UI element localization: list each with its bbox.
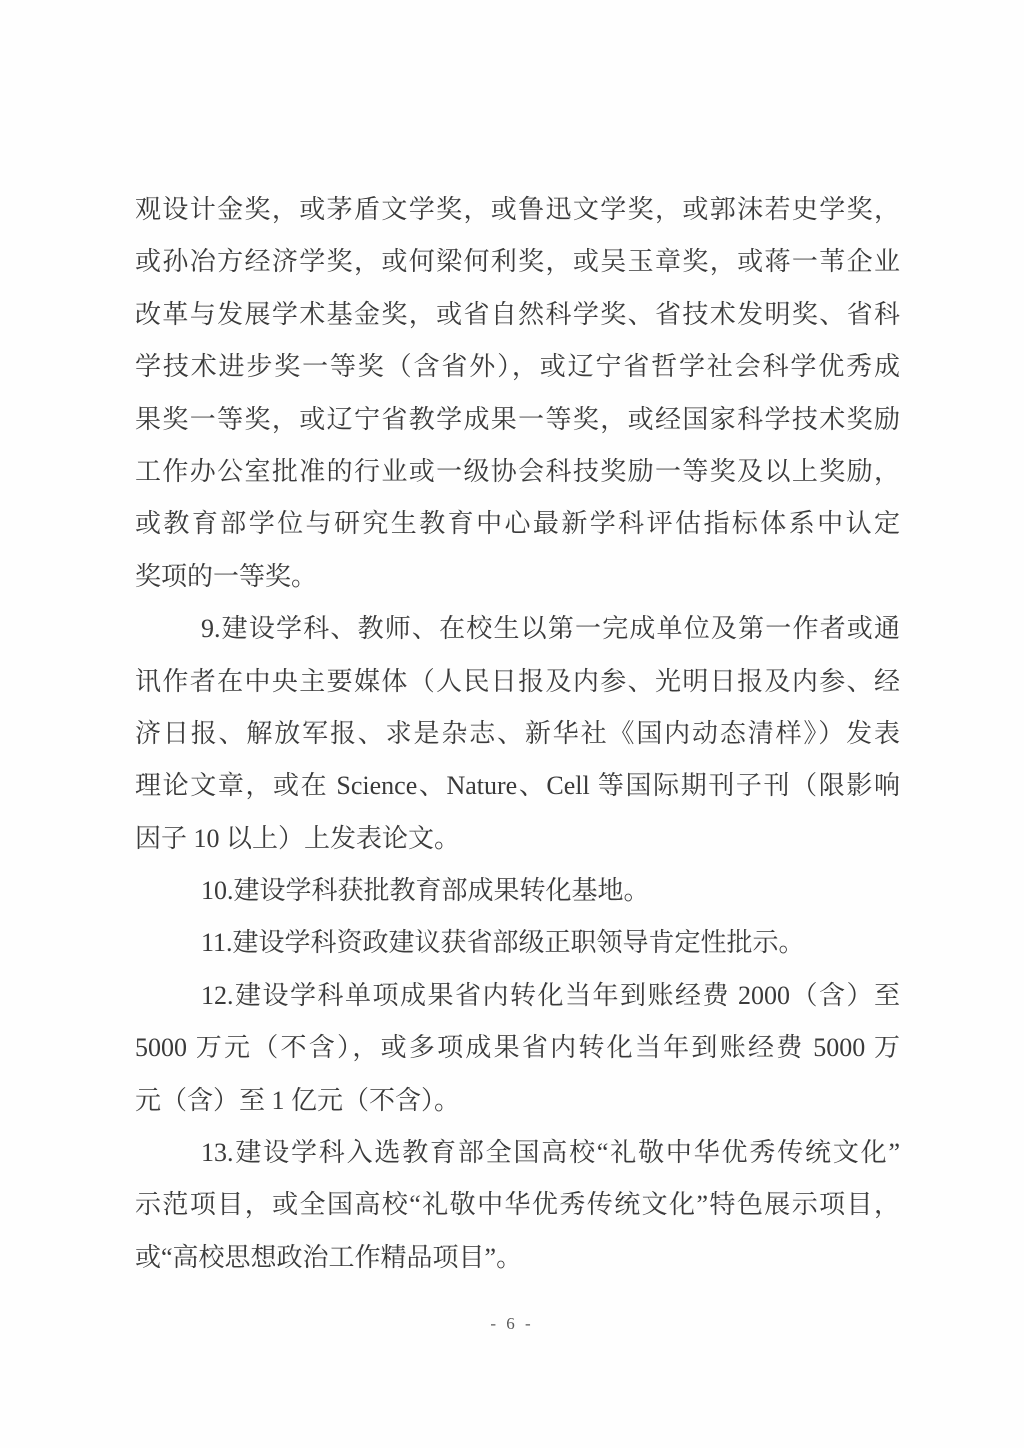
text-line: 果奖一等奖，或辽宁省教学成果一等奖，或经国家科学技术奖励 [135,394,900,446]
text-line: 改革与发展学术基金奖，或省自然科学奖、省技术发明奖、省科 [135,289,900,341]
text-line: 济日报、解放军报、求是杂志、新华社《国内动态清样》）发表 [135,708,900,760]
text-line: 奖项的一等奖。 [135,551,900,603]
text-line: 工作办公室批准的行业或一级协会科技奖励一等奖及以上奖励， [135,446,900,498]
text-line: 理论文章，或在 Science、Nature、Cell 等国际期刊子刊（限影响 [135,760,900,812]
text-line: 示范项目，或全国高校“礼敬中华优秀传统文化”特色展示项目， [135,1179,900,1231]
text-line: 学技术进步奖一等奖（含省外），或辽宁省哲学社会科学优秀成 [135,341,900,393]
text-line: 或孙冶方经济学奖，或何梁何利奖，或吴玉章奖，或蒋一苇企业 [135,236,900,288]
text-line: 观设计金奖，或茅盾文学奖，或鲁迅文学奖，或郭沫若史学奖， [135,184,900,236]
text-line: 或“高校思想政治工作精品项目”。 [135,1232,900,1284]
document-page: 观设计金奖，或茅盾文学奖，或鲁迅文学奖，或郭沫若史学奖，或孙冶方经济学奖，或何梁… [0,0,1024,1448]
text-line: 12.建设学科单项成果省内转化当年到账经费 2000（含）至 [135,970,900,1022]
text-line: 11.建设学科资政建议获省部级正职领导肯定性批示。 [135,917,900,969]
text-line: 9.建设学科、教师、在校生以第一完成单位及第一作者或通 [135,603,900,655]
paragraph-item-10: 10.建设学科获批教育部成果转化基地。 [135,865,900,917]
text-line: 因子 10 以上）上发表论文。 [135,813,900,865]
text-line: 或教育部学位与研究生教育中心最新学科评估指标体系中认定 [135,498,900,550]
paragraph-awards-continued: 观设计金奖，或茅盾文学奖，或鲁迅文学奖，或郭沫若史学奖，或孙冶方经济学奖，或何梁… [135,184,900,603]
document-body: 观设计金奖，或茅盾文学奖，或鲁迅文学奖，或郭沫若史学奖，或孙冶方经济学奖，或何梁… [135,184,900,1284]
page-footer: - 6 - [0,1314,1024,1334]
text-line: 元（含）至 1 亿元（不含）。 [135,1075,900,1127]
text-line: 10.建设学科获批教育部成果转化基地。 [135,865,900,917]
paragraph-item-12: 12.建设学科单项成果省内转化当年到账经费 2000（含）至5000 万元（不含… [135,970,900,1127]
text-line: 13.建设学科入选教育部全国高校“礼敬中华优秀传统文化” [135,1127,900,1179]
text-line: 讯作者在中央主要媒体（人民日报及内参、光明日报及内参、经 [135,656,900,708]
page-number: - 6 - [490,1314,533,1333]
paragraph-item-13: 13.建设学科入选教育部全国高校“礼敬中华优秀传统文化”示范项目，或全国高校“礼… [135,1127,900,1284]
paragraph-item-9: 9.建设学科、教师、在校生以第一完成单位及第一作者或通讯作者在中央主要媒体（人民… [135,603,900,865]
text-line: 5000 万元（不含），或多项成果省内转化当年到账经费 5000 万 [135,1022,900,1074]
paragraph-item-11: 11.建设学科资政建议获省部级正职领导肯定性批示。 [135,917,900,969]
